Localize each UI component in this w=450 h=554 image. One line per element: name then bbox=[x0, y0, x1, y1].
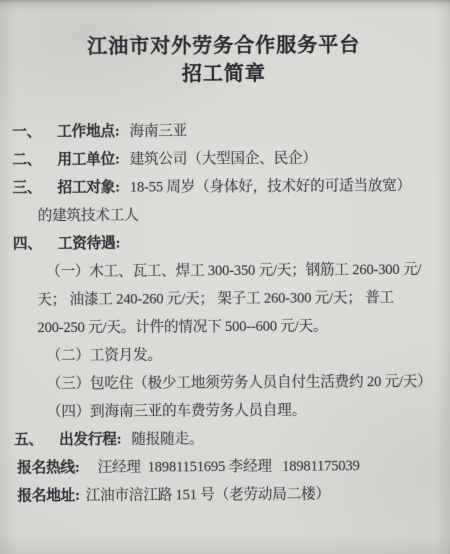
line-room-and-board: （三）包吃住（极少工地须劳务人员自付生活费约 20 元/天） bbox=[1, 368, 450, 399]
line-salary-detail-2: 天； 油漆工 240-260 元/天； 架子工 260-300 元/天； 普工 bbox=[0, 284, 450, 315]
platform-name: 江油市对外劳务合作服务平台 bbox=[0, 31, 449, 62]
line-work-location: 一、工作地点:海南三亚 bbox=[0, 116, 449, 147]
line-hotline: 报名热线:汪经理 18981151695 李经理 18981175039 bbox=[1, 452, 450, 483]
line-text: 18-55 周岁（身体好，技术好的可适当放宽） bbox=[130, 178, 411, 196]
line-employer: 二、用工单位:建筑公司（大型国企、民企） bbox=[0, 144, 449, 175]
line-text: （一）木工、瓦工、焊工 300-350 元/天；钢筋工 260-300 元/ bbox=[46, 262, 421, 280]
contact-label: 报名热线: bbox=[17, 460, 79, 476]
item-number: 一、 bbox=[12, 118, 57, 146]
line-text: （三）包吃住（极少工地须劳务人员自付生活费约 20 元/天） bbox=[47, 374, 432, 392]
line-text: 的建筑技术工人 bbox=[38, 208, 139, 225]
line-recruit-target: 三、招工对象:18-55 周岁（身体好，技术好的可适当放宽） bbox=[0, 172, 450, 203]
contact-label: 报名地址: bbox=[17, 488, 79, 504]
line-text: 天； 油漆工 240-260 元/天； 架子工 260-300 元/天； 普工 bbox=[37, 290, 394, 308]
line-recruit-target-continued: 的建筑技术工人 bbox=[0, 200, 450, 231]
document-title: 江油市对外劳务合作服务平台 招工简章 bbox=[0, 31, 449, 90]
line-text: （二）工资月发。 bbox=[47, 347, 162, 364]
section-label: 用工单位: bbox=[57, 152, 119, 168]
line-address: 报名地址:江油市涪江路 151 号（老劳动局二楼） bbox=[1, 480, 450, 511]
item-number: 四、 bbox=[13, 230, 58, 258]
line-text: 海南三亚 bbox=[129, 123, 187, 139]
item-number: 三、 bbox=[13, 174, 58, 202]
section-label: 工资待遇: bbox=[58, 236, 120, 252]
line-text: 随报随走。 bbox=[131, 431, 203, 447]
notice-heading: 招工简章 bbox=[0, 59, 449, 90]
line-salary-heading: 四、工资待遇: bbox=[0, 228, 450, 259]
hotline-contacts: 汪经理 18981151695 李经理 18981175039 bbox=[98, 458, 360, 476]
line-text: 200-250 元/天。计件的情况下 500--600 元/天。 bbox=[37, 318, 327, 336]
line-text: （四）到海南三亚的车费劳务人员自理。 bbox=[47, 403, 306, 421]
line-salary-detail-1: （一）木工、瓦工、焊工 300-350 元/天；钢筋工 260-300 元/ bbox=[0, 256, 450, 287]
document-body: 一、工作地点:海南三亚 二、用工单位:建筑公司（大型国企、民企） 三、招工对象:… bbox=[0, 116, 450, 511]
line-salary-detail-3: 200-250 元/天。计件的情况下 500--600 元/天。 bbox=[0, 312, 450, 343]
line-departure: 五、出发行程:随报随走。 bbox=[1, 424, 450, 455]
registration-address: 江油市涪江路 151 号（老劳动局二楼） bbox=[86, 486, 330, 503]
section-label: 招工对象: bbox=[58, 180, 120, 196]
item-number: 二、 bbox=[12, 146, 57, 174]
line-text: 建筑公司（大型国企、民企） bbox=[130, 150, 317, 167]
item-number: 五、 bbox=[14, 426, 59, 454]
section-label: 工作地点: bbox=[57, 124, 119, 140]
line-travel-fee: （四）到海南三亚的车费劳务人员自理。 bbox=[1, 396, 450, 427]
section-label: 出发行程: bbox=[59, 432, 121, 448]
line-salary-monthly: （二）工资月发。 bbox=[1, 340, 450, 371]
recruitment-notice-document: 江油市对外劳务合作服务平台 招工简章 一、工作地点:海南三亚 二、用工单位:建筑… bbox=[0, 0, 450, 510]
document-photo: 江油市对外劳务合作服务平台 招工简章 一、工作地点:海南三亚 二、用工单位:建筑… bbox=[0, 0, 450, 554]
